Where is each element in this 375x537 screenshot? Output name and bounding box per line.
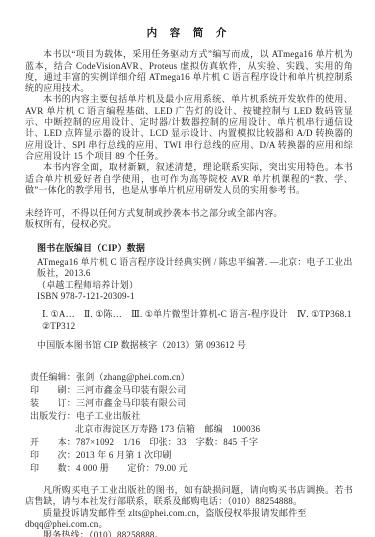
format-value: 787×1092 1/16 印张：33 字数：845 千字 <box>76 437 258 447</box>
print-count-price-value: 4 000 册 定价：79.00 元 <box>76 463 188 473</box>
rights-reserved-notice: 版权所有，侵权必究。 <box>25 219 353 230</box>
summary-paragraph: 本书的内容主要包括单片机及最小应用系统、单片机系统开发软件的使用、AVR 单片机… <box>25 94 353 162</box>
content-summary-title: 内 容 简 介 <box>25 28 353 39</box>
isbn-number: ISBN 978-7-121-20309-1 <box>37 291 353 302</box>
complaint-note: 质量投诉请发邮件至 zlts@phei.com.cn，盗版侵权举报请发邮件至 d… <box>25 508 353 531</box>
editor-value: 张剑（zhang@phei.com.cn） <box>76 372 190 382</box>
summary-paragraph: 本书内容全面，取材新颖，叙述清楚，理论联系实际，突出实用特色。本书适合单片机爱好… <box>25 162 353 196</box>
print-count-price-label: 印 数： <box>30 462 76 475</box>
print-run-date-value: 2013 年 6 月第 1 次印刷 <box>76 450 172 460</box>
cip-record-number: 中国版本图书馆 CIP 数据核字（2013）第 093612 号 <box>37 340 353 351</box>
format-row: 开 本：787×1092 1/16 印张：33 字数：845 千字 <box>30 436 353 449</box>
binding-label: 装 订： <box>30 397 76 410</box>
publisher-row: 出版发行：电子工业出版社 <box>30 410 353 423</box>
print-run-date-label: 印 次： <box>30 449 76 462</box>
purchase-note: 凡所购买电子工业出版社的图书，如有缺损问题，请向购买书店调换。若书店售缺，请与本… <box>25 485 353 508</box>
printer-label: 印 刷： <box>30 384 76 397</box>
format-label: 开 本： <box>30 436 76 449</box>
print-count-price-row: 印 数：4 000 册 定价：79.00 元 <box>30 462 353 475</box>
content-summary-section: 本书以“项目为载体，采用任务驱动方式”编写而成，以 ATmega16 单片机为蓝… <box>25 49 353 196</box>
editor-label: 责任编辑： <box>30 371 76 384</box>
printer-row: 印 刷：三河市鑫金马印装有限公司 <box>30 384 353 397</box>
cip-series-line: （卓越工程师培养计划） <box>37 280 353 291</box>
editor-row: 责任编辑：张剑（zhang@phei.com.cn） <box>30 371 353 384</box>
hotline-note: 服务热线：（010）88258888。 <box>25 530 353 537</box>
no-copy-notice: 未经许可，不得以任何方式复制或抄袭本书之部分或全部内容。 <box>25 208 353 219</box>
binding-value: 三河市鑫金马印装有限公司 <box>76 398 186 408</box>
cip-data-block: 图书在版编目（CIP）数据 ATmega16 单片机 C 语言程序设计经典实例 … <box>37 243 353 351</box>
print-run-date-row: 印 次：2013 年 6 月第 1 次印刷 <box>30 449 353 462</box>
publisher-address: 北京市海淀区万寿路 173 信箱 邮编 100036 <box>75 423 353 436</box>
purchase-service-notes: 凡所购买电子工业出版社的图书，如有缺损问题，请向购买书店调换。若书店售缺，请与本… <box>25 485 353 537</box>
cip-heading: 图书在版编目（CIP）数据 <box>37 243 353 254</box>
cip-classification-line: Ⅰ. ①A… Ⅱ. ①陈… Ⅲ. ①单片微型计算机-C 语言-程序设计 Ⅳ. ①… <box>42 309 353 332</box>
copyright-notice: 未经许可，不得以任何方式复制或抄袭本书之部分或全部内容。 版权所有，侵权必究。 <box>25 208 353 231</box>
printer-value: 三河市鑫金马印装有限公司 <box>76 385 186 395</box>
binding-row: 装 订：三河市鑫金马印装有限公司 <box>30 397 353 410</box>
summary-paragraph: 本书以“项目为载体，采用任务驱动方式”编写而成，以 ATmega16 单片机为蓝… <box>25 49 353 94</box>
publisher-value: 电子工业出版社 <box>76 411 140 421</box>
publisher-label: 出版发行： <box>30 410 76 423</box>
cip-title-line: ATmega16 单片机 C 语言程序设计经典实例 / 陈忠平编著. —北京：电… <box>37 257 353 280</box>
book-copyright-page: 内 容 简 介 本书以“项目为载体，采用任务驱动方式”编写而成，以 ATmega… <box>0 0 375 537</box>
publication-info-block: 责任编辑：张剑（zhang@phei.com.cn） 印 刷：三河市鑫金马印装有… <box>30 371 353 475</box>
